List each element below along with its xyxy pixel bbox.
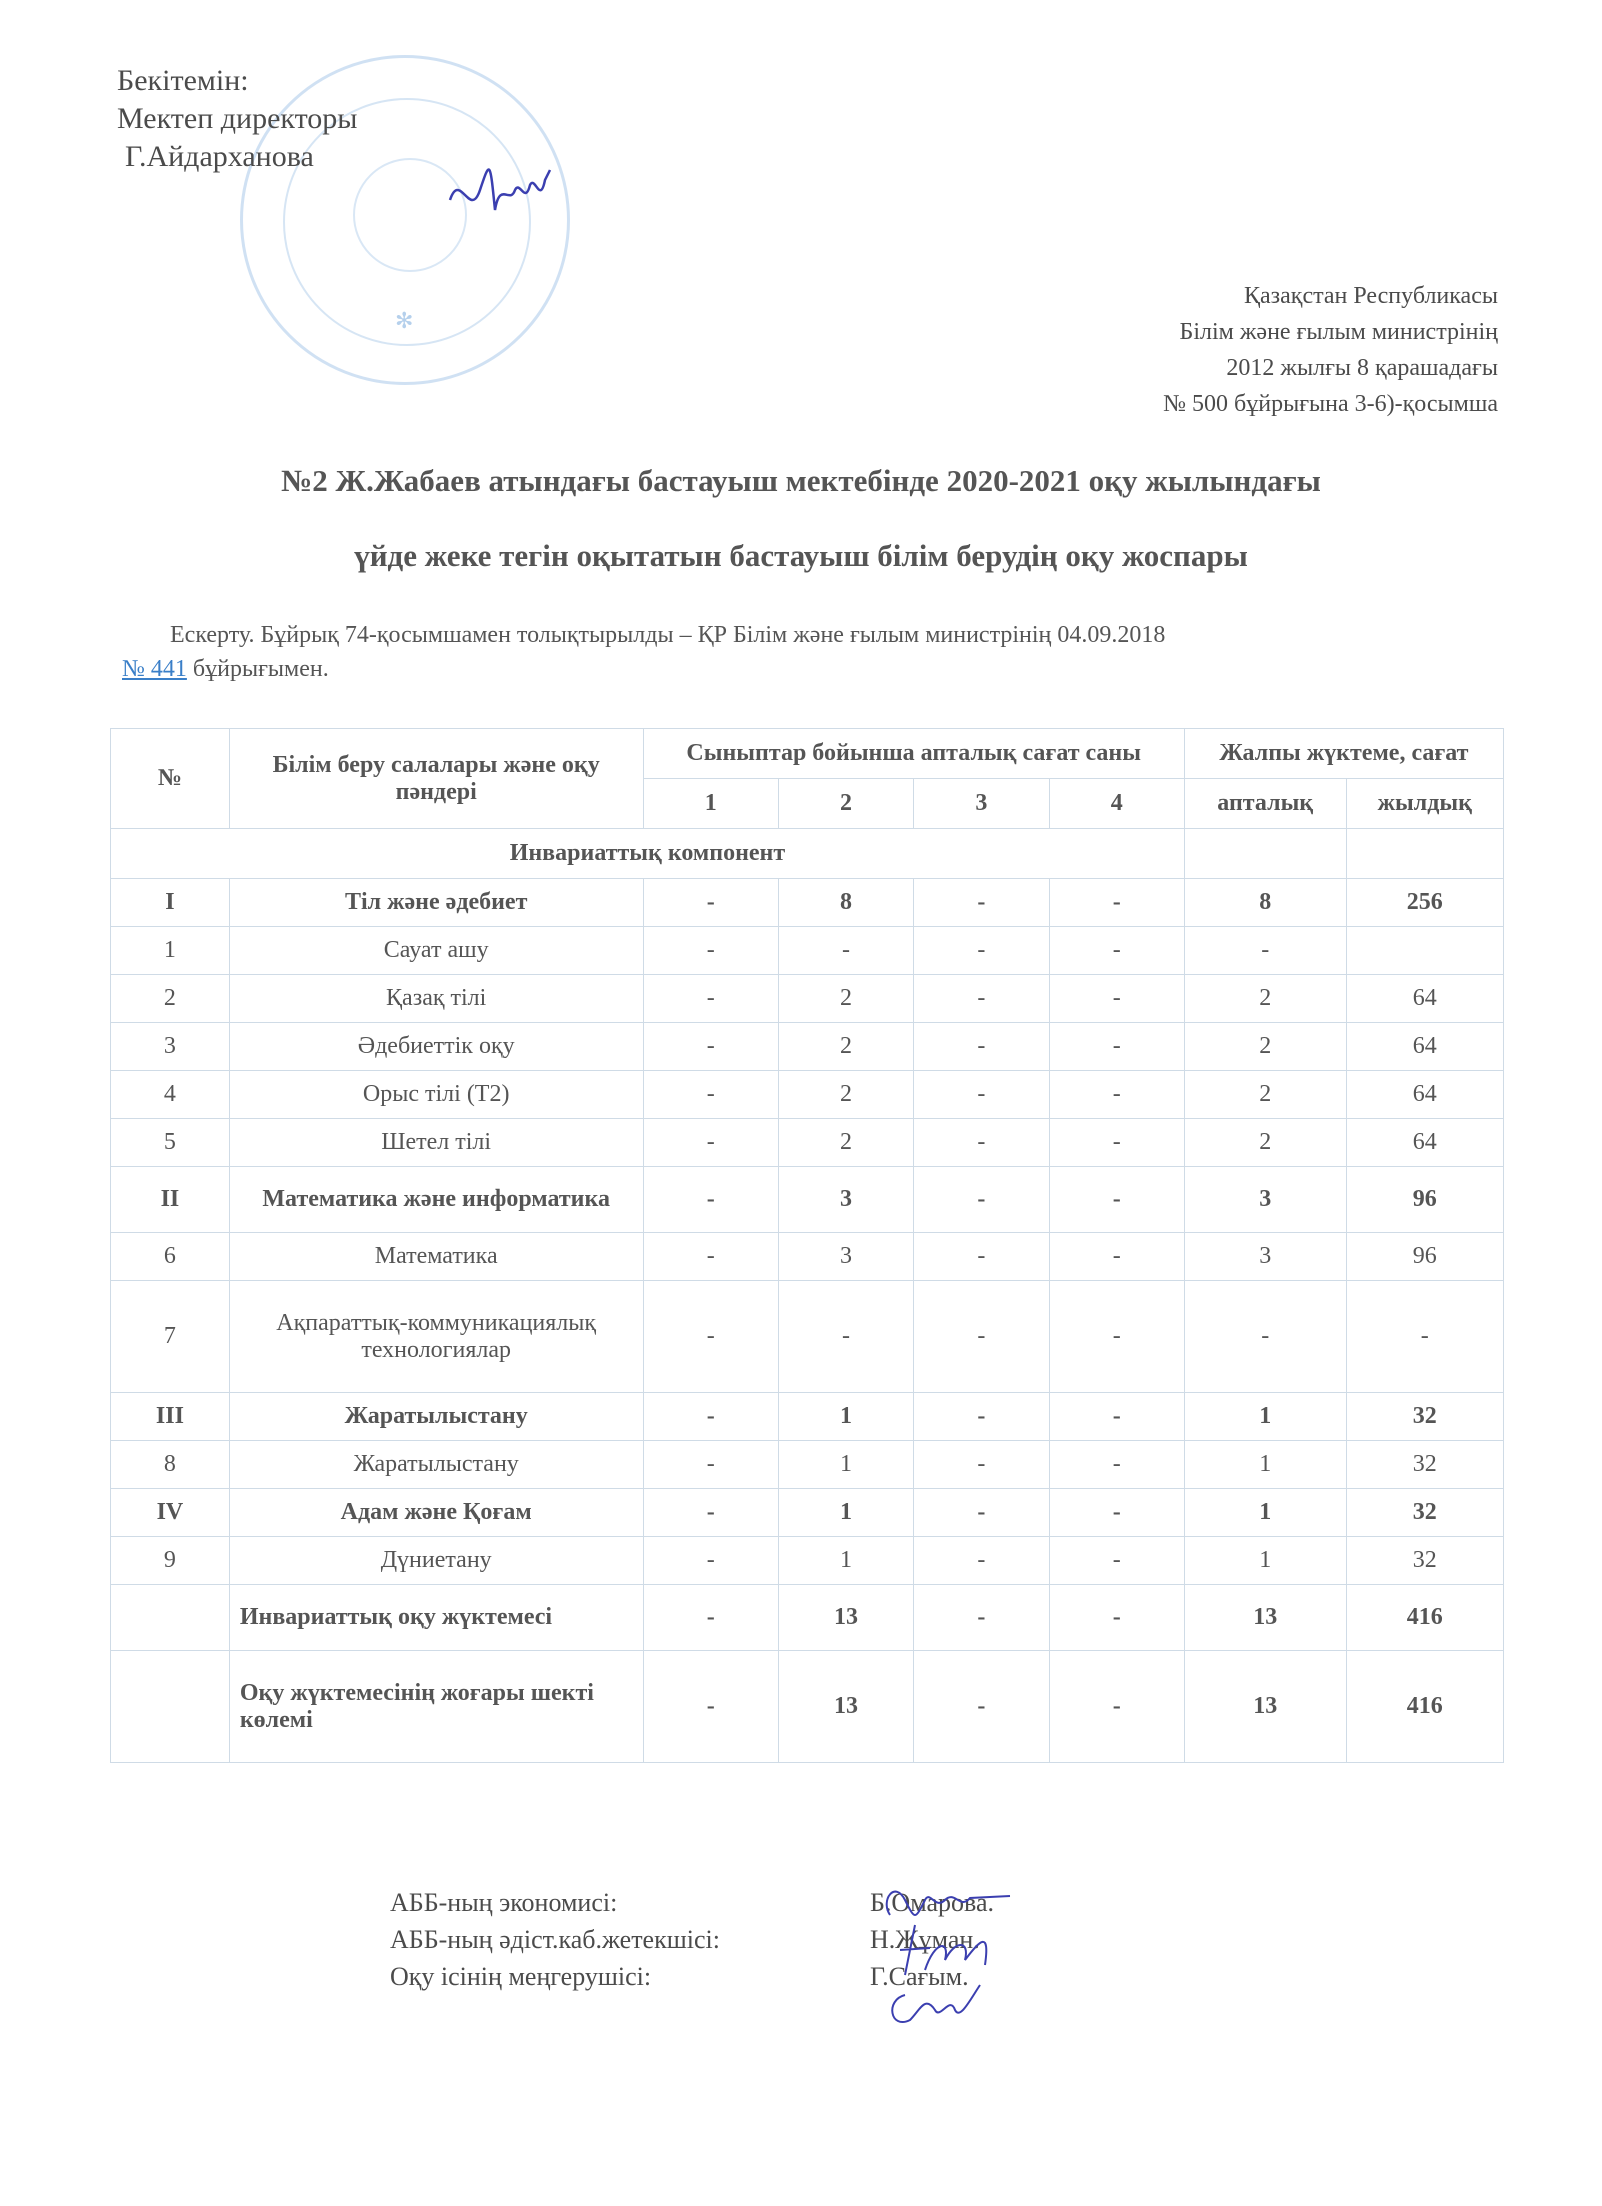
row-subject: Жаратылыстану (229, 1393, 643, 1441)
yearly-total: 32 (1346, 1489, 1503, 1537)
order-link[interactable]: № 441 (122, 656, 187, 682)
grade-4-hours: - (1049, 1167, 1184, 1233)
grade-3-hours: - (914, 1393, 1049, 1441)
grade-2-hours: 2 (778, 975, 913, 1023)
weekly-total: 1 (1184, 1489, 1346, 1537)
grade-2-hours: - (778, 1281, 913, 1393)
grade-2-hours: 1 (778, 1393, 913, 1441)
grade-3-hours: - (914, 1167, 1049, 1233)
yearly-total: 32 (1346, 1537, 1503, 1585)
row-subject: Математика (229, 1233, 643, 1281)
ministry-line: № 500 бұйрығына 3-6)-қосымша (1163, 386, 1498, 422)
grade-1-hours: - (643, 1119, 778, 1167)
header-yearly: жылдық (1346, 779, 1503, 829)
grade-1-hours: - (643, 1023, 778, 1071)
table-row: Оқу жүктемесінің жоғары шекті көлемі-13-… (111, 1651, 1504, 1763)
grade-2-hours: 13 (778, 1585, 913, 1651)
star-icon: ✻ (395, 308, 413, 334)
yearly-total: 64 (1346, 975, 1503, 1023)
header-grade-1: 1 (643, 779, 778, 829)
weekly-total: - (1184, 1281, 1346, 1393)
row-number: 6 (111, 1233, 230, 1281)
row-number: 1 (111, 927, 230, 975)
grade-3-hours: - (914, 1281, 1049, 1393)
header-grade-2: 2 (778, 779, 913, 829)
row-number: II (111, 1167, 230, 1233)
row-subject: Оқу жүктемесінің жоғары шекті көлемі (229, 1651, 643, 1763)
grade-4-hours: - (1049, 1281, 1184, 1393)
table-row: 2Қазақ тілі-2--264 (111, 975, 1504, 1023)
yearly-total (1346, 927, 1503, 975)
grade-2-hours: - (778, 927, 913, 975)
note: Ескерту. Бұйрық 74-қосымшамен толықтырыл… (122, 618, 1502, 686)
approval-name: Г.Айдарханова (117, 138, 357, 176)
yearly-total: 32 (1346, 1441, 1503, 1489)
weekly-total: 2 (1184, 1023, 1346, 1071)
yearly-total: 64 (1346, 1023, 1503, 1071)
row-subject: Жаратылыстану (229, 1441, 643, 1489)
yearly-total: 32 (1346, 1393, 1503, 1441)
row-number (111, 1585, 230, 1651)
row-subject: Орыс тілі (Т2) (229, 1071, 643, 1119)
row-subject: Тіл және әдебиет (229, 879, 643, 927)
grade-4-hours: - (1049, 1537, 1184, 1585)
grade-2-hours: 2 (778, 1023, 913, 1071)
head-of-studies-signature-icon (880, 1975, 1000, 2035)
row-number: 5 (111, 1119, 230, 1167)
grade-1-hours: - (643, 879, 778, 927)
row-subject: Сауат ашу (229, 927, 643, 975)
grade-2-hours: 1 (778, 1441, 913, 1489)
weekly-total: 1 (1184, 1441, 1346, 1489)
weekly-total: 1 (1184, 1393, 1346, 1441)
row-subject: Математика және информатика (229, 1167, 643, 1233)
note-text: Ескерту. Бұйрық 74-қосымшамен толықтырыл… (122, 618, 1502, 652)
header-total: Жалпы жүктеме, сағат (1184, 729, 1503, 779)
header-grade-4: 4 (1049, 779, 1184, 829)
weekly-total: 2 (1184, 975, 1346, 1023)
yearly-total: 416 (1346, 1651, 1503, 1763)
row-number: III (111, 1393, 230, 1441)
yearly-total: 96 (1346, 1233, 1503, 1281)
weekly-total: - (1184, 927, 1346, 975)
yearly-total: 256 (1346, 879, 1503, 927)
yearly-total: 416 (1346, 1585, 1503, 1651)
weekly-total: 13 (1184, 1585, 1346, 1651)
weekly-total: 8 (1184, 879, 1346, 927)
weekly-total: 3 (1184, 1167, 1346, 1233)
approval-position: Мектеп директоры (117, 100, 357, 138)
grade-4-hours: - (1049, 975, 1184, 1023)
table-row: 5Шетел тілі-2--264 (111, 1119, 1504, 1167)
empty-cell (1184, 829, 1346, 879)
grade-1-hours: - (643, 1585, 778, 1651)
ministry-line: Қазақстан Республикасы (1163, 278, 1498, 314)
section-invariant: Инвариаттық компонент (111, 829, 1185, 879)
document-title-line2: үйде жеке тегін оқытатын бастауыш білім … (0, 538, 1602, 574)
grade-4-hours: - (1049, 927, 1184, 975)
row-subject: Қазақ тілі (229, 975, 643, 1023)
signatory-role: Оқу ісінің меңгерушісі: (390, 1958, 870, 1995)
header-no: № (111, 729, 230, 829)
grade-3-hours: - (914, 927, 1049, 975)
ministry-reference: Қазақстан Республикасы Білім және ғылым … (1163, 278, 1498, 422)
grade-4-hours: - (1049, 1651, 1184, 1763)
table-row: Инвариаттық оқу жүктемесі-13--13416 (111, 1585, 1504, 1651)
grade-1-hours: - (643, 1281, 778, 1393)
row-number: IV (111, 1489, 230, 1537)
row-number: 2 (111, 975, 230, 1023)
signatory-row: АББ-ның әдіст.каб.жетекшісі: Н.Жұман. (390, 1921, 1130, 1958)
header-grade-3: 3 (914, 779, 1049, 829)
grade-3-hours: - (914, 1233, 1049, 1281)
grade-2-hours: 8 (778, 879, 913, 927)
table-row: IIIЖаратылыстану-1--132 (111, 1393, 1504, 1441)
grade-2-hours: 2 (778, 1119, 913, 1167)
grade-3-hours: - (914, 1537, 1049, 1585)
document-title-line1: №2 Ж.Жабаев атындағы бастауыш мектебінде… (0, 463, 1602, 499)
director-signature-icon (440, 150, 560, 230)
table-row: 6Математика-3--396 (111, 1233, 1504, 1281)
weekly-total: 2 (1184, 1119, 1346, 1167)
row-number (111, 1651, 230, 1763)
row-subject: Ақпараттық-коммуникациялық технологиялар (229, 1281, 643, 1393)
row-subject: Әдебиеттік оқу (229, 1023, 643, 1071)
grade-1-hours: - (643, 975, 778, 1023)
grade-3-hours: - (914, 1023, 1049, 1071)
grade-4-hours: - (1049, 1585, 1184, 1651)
header-subject: Білім беру салалары және оқу пәндері (229, 729, 643, 829)
empty-cell (1346, 829, 1503, 879)
curriculum-table: № Білім беру салалары және оқу пәндері С… (110, 728, 1504, 1763)
grade-3-hours: - (914, 879, 1049, 927)
signatory-role: АББ-ның экономисі: (390, 1884, 870, 1921)
grade-3-hours: - (914, 1489, 1049, 1537)
ministry-line: Білім және ғылым министрінің (1163, 314, 1498, 350)
grade-1-hours: - (643, 1167, 778, 1233)
grade-4-hours: - (1049, 879, 1184, 927)
row-number: 9 (111, 1537, 230, 1585)
row-subject: Инвариаттық оқу жүктемесі (229, 1585, 643, 1651)
grade-1-hours: - (643, 927, 778, 975)
row-number: 3 (111, 1023, 230, 1071)
grade-4-hours: - (1049, 1489, 1184, 1537)
grade-1-hours: - (643, 1651, 778, 1763)
row-number: I (111, 879, 230, 927)
weekly-total: 13 (1184, 1651, 1346, 1763)
grade-3-hours: - (914, 1071, 1049, 1119)
grade-1-hours: - (643, 1233, 778, 1281)
grade-3-hours: - (914, 1441, 1049, 1489)
signatory-role: АББ-ның әдіст.каб.жетекшісі: (390, 1921, 870, 1958)
grade-1-hours: - (643, 1441, 778, 1489)
row-number: 7 (111, 1281, 230, 1393)
row-subject: Адам және Қоғам (229, 1489, 643, 1537)
row-number: 4 (111, 1071, 230, 1119)
grade-4-hours: - (1049, 1071, 1184, 1119)
weekly-total: 2 (1184, 1071, 1346, 1119)
weekly-total: 1 (1184, 1537, 1346, 1585)
grade-4-hours: - (1049, 1023, 1184, 1071)
grade-2-hours: 2 (778, 1071, 913, 1119)
grade-4-hours: - (1049, 1119, 1184, 1167)
methodist-signature-icon (885, 1920, 1005, 1980)
signatory-row: АББ-ның экономисі: Б.Омарова. (390, 1884, 1130, 1921)
grade-4-hours: - (1049, 1393, 1184, 1441)
grade-4-hours: - (1049, 1233, 1184, 1281)
grade-3-hours: - (914, 1585, 1049, 1651)
note-suffix: бұйрығымен. (187, 656, 329, 682)
table-row: 7Ақпараттық-коммуникациялық технологияла… (111, 1281, 1504, 1393)
approval-label: Бекітемін: (117, 62, 357, 100)
table-row: IТіл және әдебиет-8--8256 (111, 879, 1504, 927)
grade-1-hours: - (643, 1071, 778, 1119)
approval-block: Бекітемін: Мектеп директоры Г.Айдарханов… (117, 62, 357, 176)
grade-2-hours: 3 (778, 1233, 913, 1281)
grade-3-hours: - (914, 1119, 1049, 1167)
grade-1-hours: - (643, 1489, 778, 1537)
table-row: 3Әдебиеттік оқу-2--264 (111, 1023, 1504, 1071)
row-number: 8 (111, 1441, 230, 1489)
signatories: АББ-ның экономисі: Б.Омарова. АББ-ның әд… (390, 1884, 1130, 1995)
table-row: 9Дүниетану-1--132 (111, 1537, 1504, 1585)
table-row: 4Орыс тілі (Т2)-2--264 (111, 1071, 1504, 1119)
row-subject: Шетел тілі (229, 1119, 643, 1167)
header-weekly: апталық (1184, 779, 1346, 829)
table-row: 8Жаратылыстану-1--132 (111, 1441, 1504, 1489)
table-row: IVАдам және Қоғам-1--132 (111, 1489, 1504, 1537)
grade-2-hours: 1 (778, 1537, 913, 1585)
ministry-line: 2012 жылғы 8 қарашадағы (1163, 350, 1498, 386)
grade-1-hours: - (643, 1537, 778, 1585)
yearly-total: 64 (1346, 1071, 1503, 1119)
table-row: IIМатематика және информатика-3--396 (111, 1167, 1504, 1233)
grade-4-hours: - (1049, 1441, 1184, 1489)
table-row: 1Сауат ашу----- (111, 927, 1504, 975)
grade-3-hours: - (914, 975, 1049, 1023)
row-subject: Дүниетану (229, 1537, 643, 1585)
yearly-total: - (1346, 1281, 1503, 1393)
grade-2-hours: 3 (778, 1167, 913, 1233)
grade-1-hours: - (643, 1393, 778, 1441)
header-weekly-by-grade: Сыныптар бойынша апталық сағат саны (643, 729, 1184, 779)
grade-2-hours: 1 (778, 1489, 913, 1537)
yearly-total: 64 (1346, 1119, 1503, 1167)
yearly-total: 96 (1346, 1167, 1503, 1233)
grade-2-hours: 13 (778, 1651, 913, 1763)
grade-3-hours: - (914, 1651, 1049, 1763)
signatory-row: Оқу ісінің меңгерушісі: Г.Сағым. (390, 1958, 1130, 1995)
weekly-total: 3 (1184, 1233, 1346, 1281)
